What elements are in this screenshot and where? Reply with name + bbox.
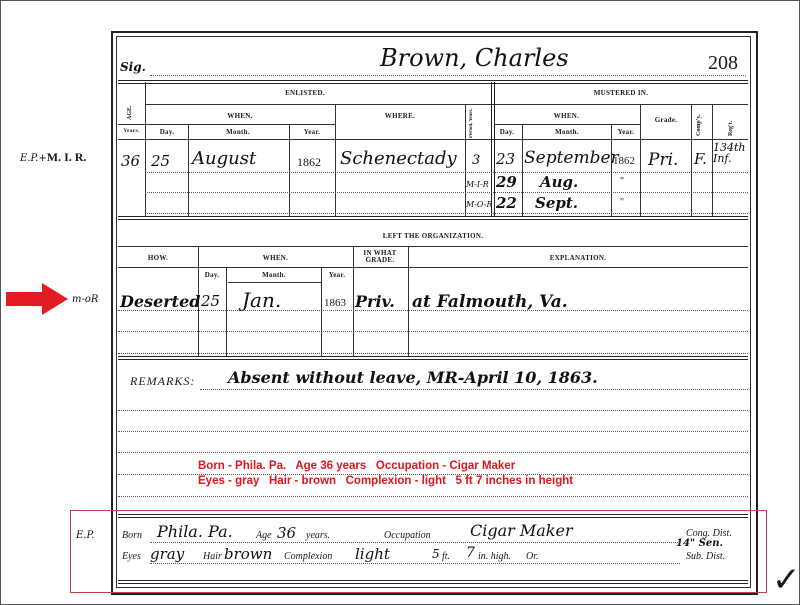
left-day-header: Day. [198,271,226,279]
sub-dist-label: Sub. Dist. [686,551,725,562]
age-value: 36 [277,524,296,542]
remarks-label: REMARKS: [130,374,195,389]
mustered-month-header: Month. [522,128,612,136]
mustered-month-value-2: Aug. [540,173,578,191]
born-value: Phila. Pa. [157,522,233,541]
ft-label: ft. [442,551,450,562]
enlisted-when-header: WHEN. [145,112,335,120]
how-header: HOW. [118,254,198,262]
eyes-value: gray [150,545,184,563]
mustered-day-value-2: 29 [496,173,517,191]
regiment-header: Reg't. [728,108,734,136]
period-header: Period, Years. [469,108,474,138]
enlisted-where-value: Schenectady [340,148,457,169]
enlisted-year-value: 1862 [297,155,321,170]
annotation-line-2: Eyes - gray Hair - brown Complexion - li… [198,475,573,487]
mustered-grade-value: Pri. [648,150,678,170]
age-label: Age [256,530,272,541]
left-day-value: 25 [201,292,220,310]
mustered-when-header: WHEN. [494,112,639,120]
enlisted-year-header: Year. [290,128,334,136]
checkmark-icon: ✓ [772,560,800,600]
or-label: Or. [526,551,539,562]
enlisted-month-value: August [192,148,256,169]
margin-mark-left: m-oR [72,294,98,305]
mustered-year-value-2: " [620,176,624,187]
complexion-label: Complexion [284,551,332,562]
left-year-header: Year. [322,271,352,279]
mustered-day-value-3: 22 [496,194,517,212]
sig-label: Sig. [120,60,146,74]
grade-header: Grade. [641,116,691,124]
occupation-label: Occupation [384,530,431,541]
mustered-day-value-1: 23 [496,150,515,168]
mustered-year-value-1: 1862 [613,155,635,167]
mustered-year-value-3: " [620,197,624,208]
explanation-header: EXPLANATION. [408,254,748,262]
mustered-prefix-3: M-O-R [466,200,492,209]
mustered-in-header: MUSTERED IN. [494,89,748,97]
cong-dist-value: 14" Sen. [676,538,723,549]
occupation-value: Cigar Maker [470,521,573,540]
mustered-year-header: Year. [612,128,640,136]
hair-value: brown [224,545,272,563]
born-label: Born [122,530,142,541]
left-month-value: Jan. [242,288,281,312]
mustered-company-value: F. [694,150,707,168]
enlisted-day-value: 25 [151,152,170,170]
years-header: Years. [118,128,145,134]
enlisted-age-value: 36 [121,152,140,170]
eyes-label: Eyes [122,551,141,562]
mustered-prefix-2: M-I-R [466,180,489,189]
left-grade-value: Priv. [355,292,395,311]
enlisted-month-header: Month. [188,128,288,136]
years-label: years. [306,530,330,541]
mustered-month-value-1: September [524,148,619,168]
left-how-value: Deserted [120,292,200,311]
left-when-header: WHEN. [198,254,353,262]
soldier-name: Brown, Charles [380,44,569,72]
left-org-header: LEFT THE ORGANIZATION. [118,232,748,240]
enlisted-header: ENLISTED. [145,89,465,97]
complexion-value: light [355,545,390,563]
enlisted-period-value: 3 [472,153,480,168]
company-header: Comp'y. [696,108,702,136]
left-month-header: Month. [227,271,321,279]
enlisted-day-header: Day. [146,128,188,136]
height-in-value: 7 [466,545,475,561]
enlisted-where-header: WHERE. [335,112,465,120]
left-year-value: 1863 [324,297,346,309]
red-arrow-icon [6,283,68,315]
age-header: AGE. [127,90,133,120]
height-ft-value: 5 [432,547,440,561]
mustered-regiment-value: 134th Inf. [713,142,747,164]
left-explanation-value: at Falmouth, Va. [412,292,568,312]
card-number: 208 [708,52,738,75]
mustered-day-header: Day. [494,128,520,136]
mustered-month-value-3: Sept. [535,194,578,212]
remarks-value: Absent without leave, MR-April 10, 1863. [228,368,598,387]
in-what-grade-header: IN WHAT GRADE. [353,250,407,264]
in-high-label: in. high. [478,551,511,562]
margin-mark-enlisted: E.P.+M. I. R. [20,150,86,165]
hair-label: Hair [203,551,222,562]
annotation-line-1: Born - Phila. Pa. Age 36 years Occupatio… [198,460,515,472]
